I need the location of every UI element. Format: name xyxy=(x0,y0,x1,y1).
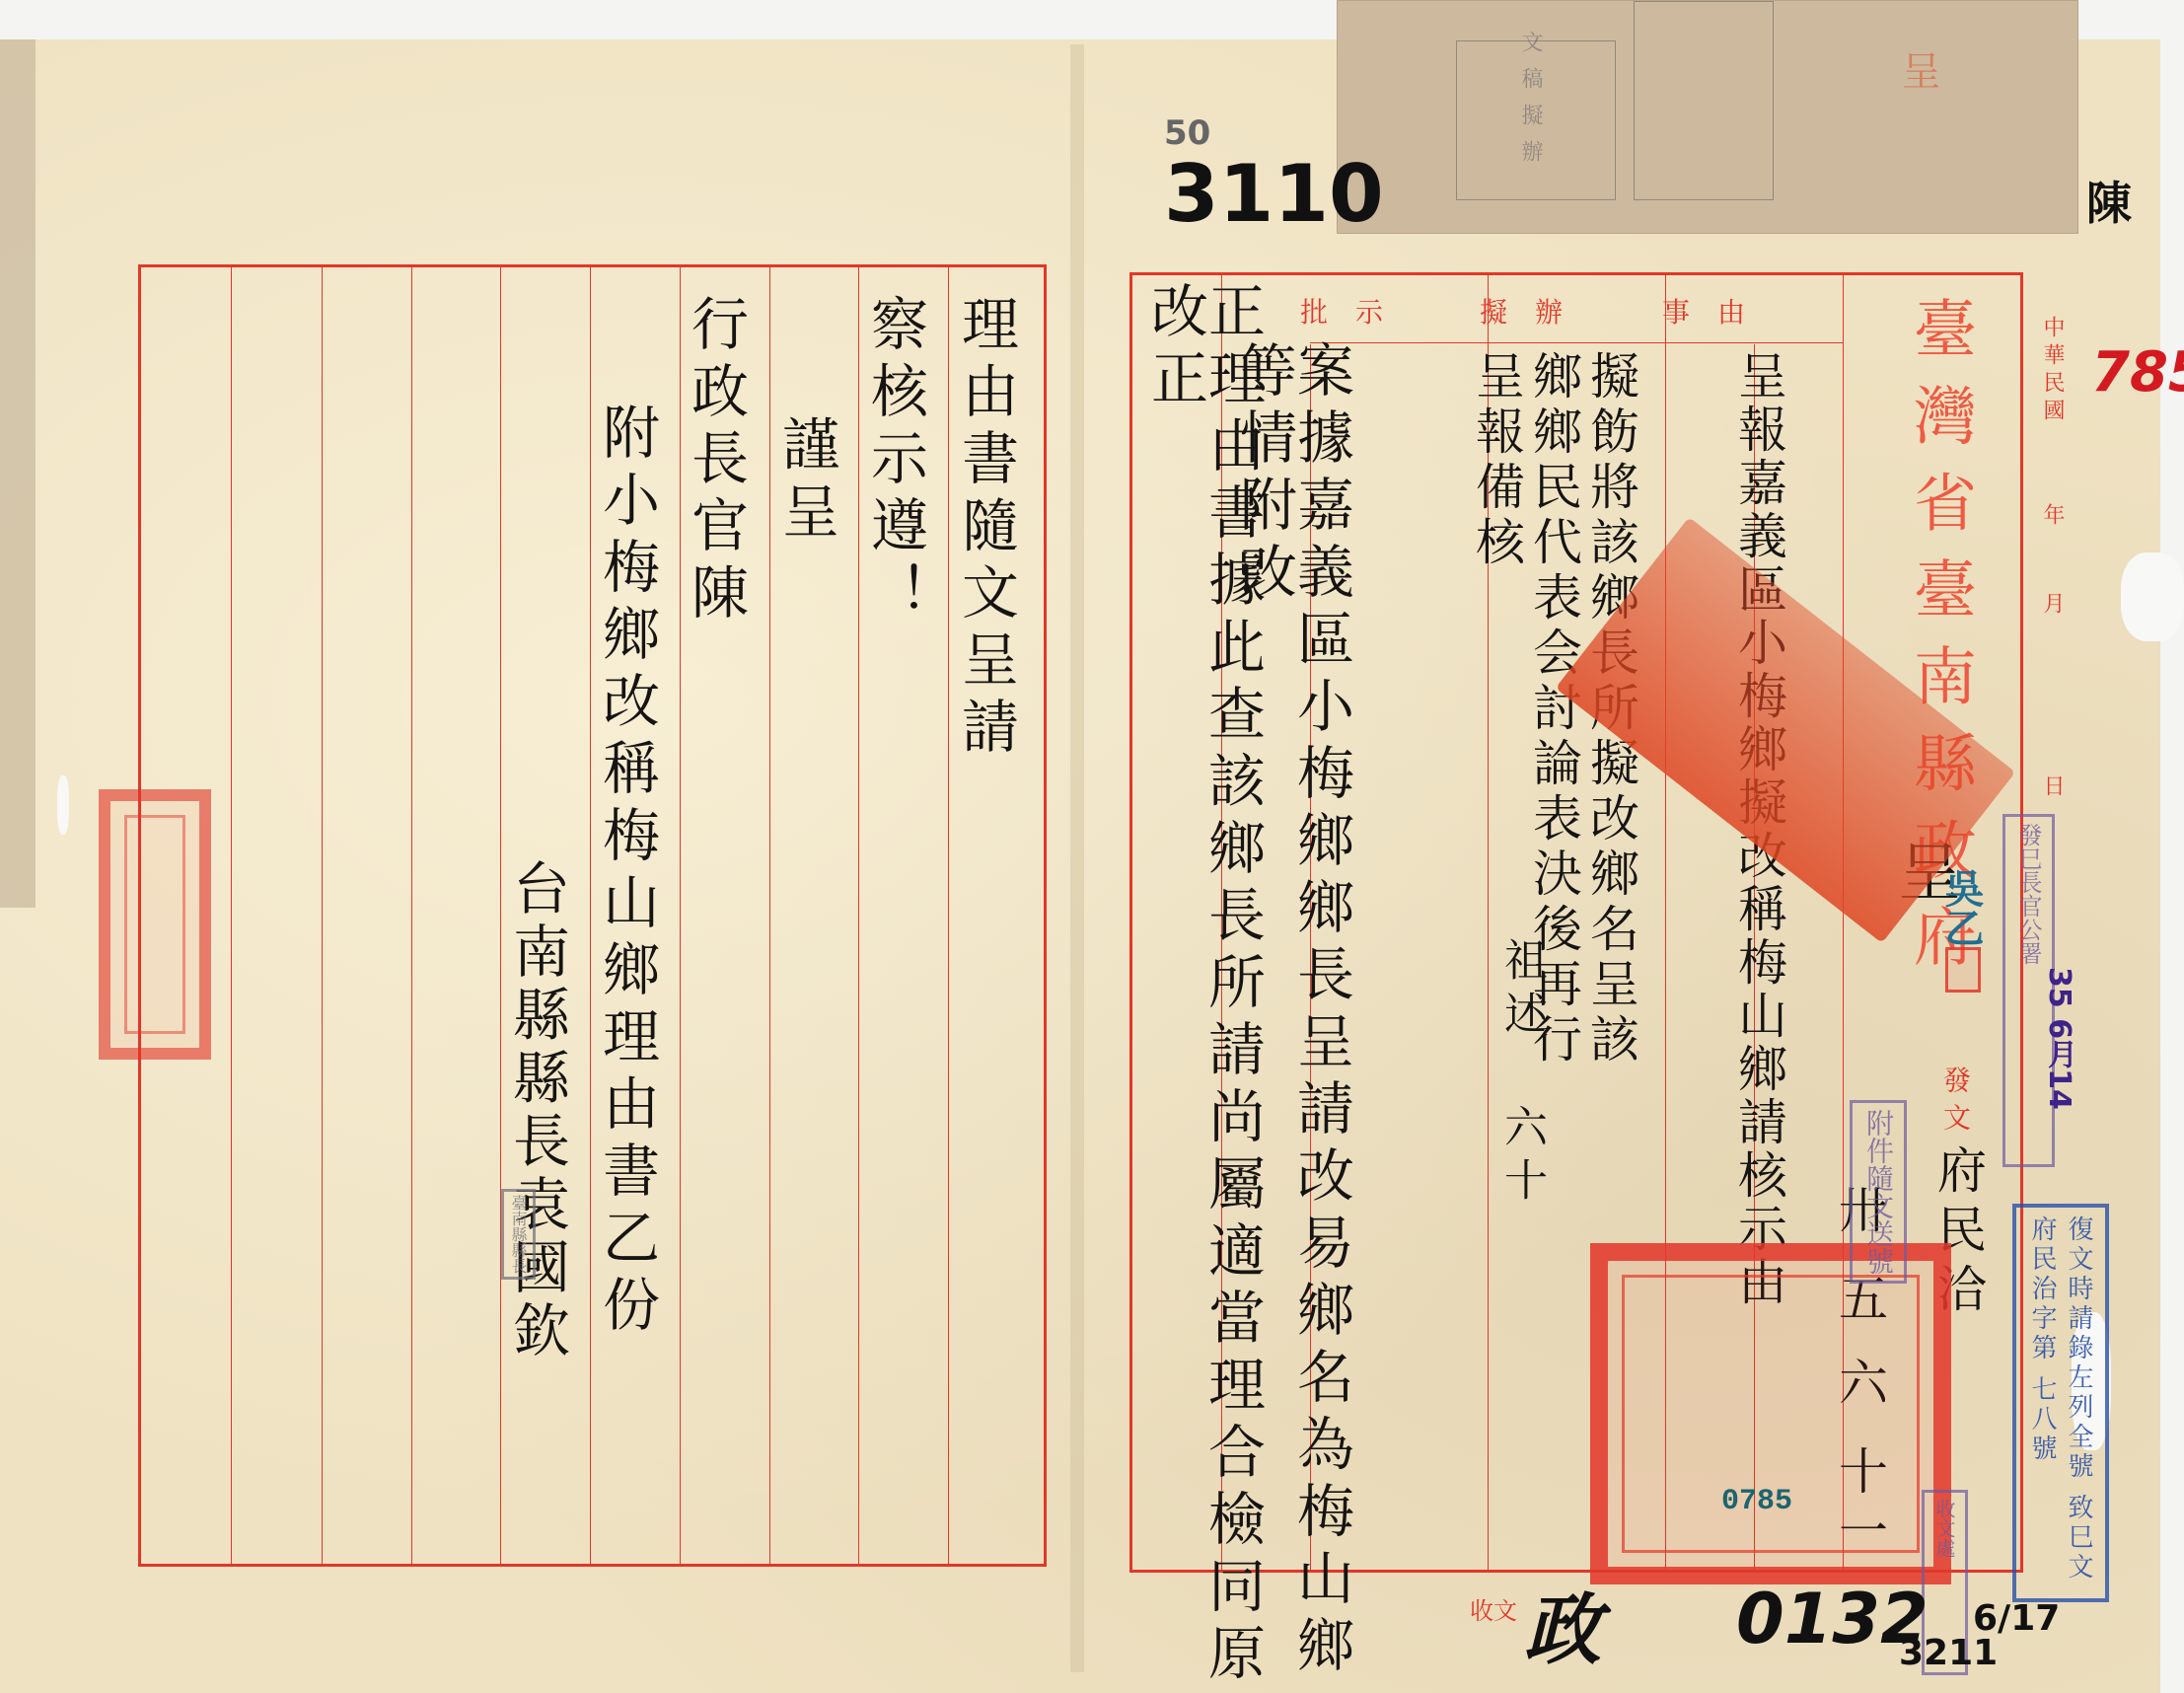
paper-strip-left xyxy=(0,39,36,908)
date-label-year: 年 xyxy=(2037,503,2068,525)
red-seal-county-government xyxy=(1590,1243,1951,1584)
top-number-small: 50 xyxy=(1164,113,1210,153)
date-label-day: 日 xyxy=(2037,774,2068,796)
date-label-month: 月 xyxy=(2037,592,2068,614)
draft-line-3: 呈報備核 xyxy=(1472,350,1521,571)
header-subject: 事 由 xyxy=(1662,291,1745,331)
receive-code: 政 xyxy=(1524,1569,1601,1679)
attachment-note: 附小梅鄉改稱梅山鄉理由書乙份 xyxy=(598,403,655,1342)
red-seal-left xyxy=(99,789,211,1060)
slip-ghost-text: 文 稿 擬 辦 xyxy=(1515,31,1546,166)
closing-respectfully: 謹呈 xyxy=(777,414,835,549)
draft-signature: 祖述 六十 xyxy=(1499,937,1543,1211)
stamp-serial: 0785 xyxy=(1721,1485,1792,1518)
top-number-large: 3110 xyxy=(1164,148,1384,240)
slip-red-mark: 呈 xyxy=(1890,50,1946,90)
body-right-line-2: 正理由書據此查該鄉長所請尚屬適當理合檢同原改正 xyxy=(1146,281,1261,1693)
top-right-char: 陳 xyxy=(2086,168,2132,233)
purple-date: 35 6月14 xyxy=(2037,967,2080,1110)
blue-stamp-line-3: 七八號 xyxy=(2027,1375,2057,1464)
dispatch-label: 發文 xyxy=(1935,1066,1975,1141)
small-red-seal xyxy=(1945,947,1981,993)
header-instruction: 批 示 xyxy=(1300,291,1383,331)
blue-stamp-line-1: 復文時請錄左列全號 xyxy=(2064,1215,2093,1482)
receive-label: 收文 xyxy=(1470,1591,1517,1626)
red-number: 785 xyxy=(2091,340,2184,405)
signatory: 台南縣縣長袁國欽 xyxy=(508,858,565,1363)
body-line-1: 理由書隨文呈請 xyxy=(957,294,1014,764)
paper-tear xyxy=(57,775,69,835)
gray-seal: 臺南縣縣長 xyxy=(501,1189,536,1280)
center-fold xyxy=(1070,44,1084,1672)
blue-reference-stamp: 復文時請錄左列全號 致巳文府民治字第 七八號 xyxy=(2012,1204,2109,1602)
body-line-2: 察核示遵！ xyxy=(866,294,923,629)
slip-grid xyxy=(1634,1,1774,200)
header-draft: 擬 辦 xyxy=(1480,291,1563,331)
bottom-number: 3211 xyxy=(1899,1633,1998,1673)
attached-slip: 文 稿 擬 辦 呈 xyxy=(1337,0,2078,234)
paper-tear xyxy=(2121,552,2184,641)
date-label-era: 中華民國 xyxy=(2037,316,2068,426)
attachment-stamp: 附件隨文送號 xyxy=(1850,1100,1907,1284)
addressee: 行政長官陳 xyxy=(687,294,744,629)
blue-signature: 吳乙 xyxy=(1933,868,1990,947)
bottom-date: 6/17 xyxy=(1973,1598,2060,1639)
